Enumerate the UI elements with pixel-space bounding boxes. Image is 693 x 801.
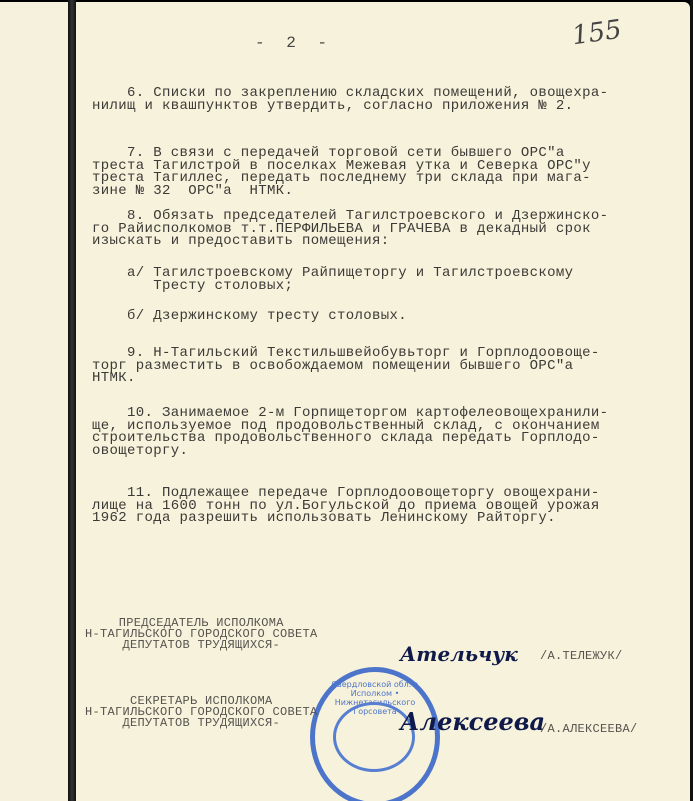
paragraph-line: Тресту столовых; (92, 280, 293, 293)
signature-secretary: Алексеева (400, 707, 545, 736)
document-page: - 2 - 155 6. Списки по закреплению склад… (0, 2, 690, 801)
paragraph-line: овощеторгу. (92, 445, 188, 458)
paragraph-line: зине № 32 ОРС"а НТМК. (92, 185, 293, 198)
paragraph-line: б/ Дзержинскому тресту столовых. (92, 310, 407, 323)
binding-spine (68, 0, 76, 801)
archive-folio-number: 155 (570, 15, 623, 52)
signer-name-chairman: /А.ТЕЛЕЖУК/ (540, 649, 623, 663)
signature-title-secretary: СЕКРЕТАРЬ ИСПОЛКОМА Н-ТАГИЛЬСКОГО ГОРОДС… (85, 696, 318, 729)
signature-title-chairman: ПРЕДСЕДАТЕЛЬ ИСПОЛКОМА Н-ТАГИЛЬСКОГО ГОР… (85, 618, 318, 651)
page-number: - 2 - (255, 34, 333, 52)
signature-chairman: Ательчук (400, 642, 518, 666)
paragraph-line: НТМК. (92, 372, 136, 385)
previous-page-margin (0, 2, 70, 801)
paragraph-line: 1962 года разрешить использовать Ленинск… (92, 512, 556, 525)
paragraph-line: изыскать и предоставить помещения: (92, 235, 390, 248)
paragraph-line: торг разместить в освобождаемом помещени… (92, 360, 573, 373)
signer-name-secretary: /А.АЛЕКСЕЕВА/ (540, 722, 638, 736)
paragraph-line: нилищ и квашпунктов утвердить, согласно … (92, 100, 573, 113)
